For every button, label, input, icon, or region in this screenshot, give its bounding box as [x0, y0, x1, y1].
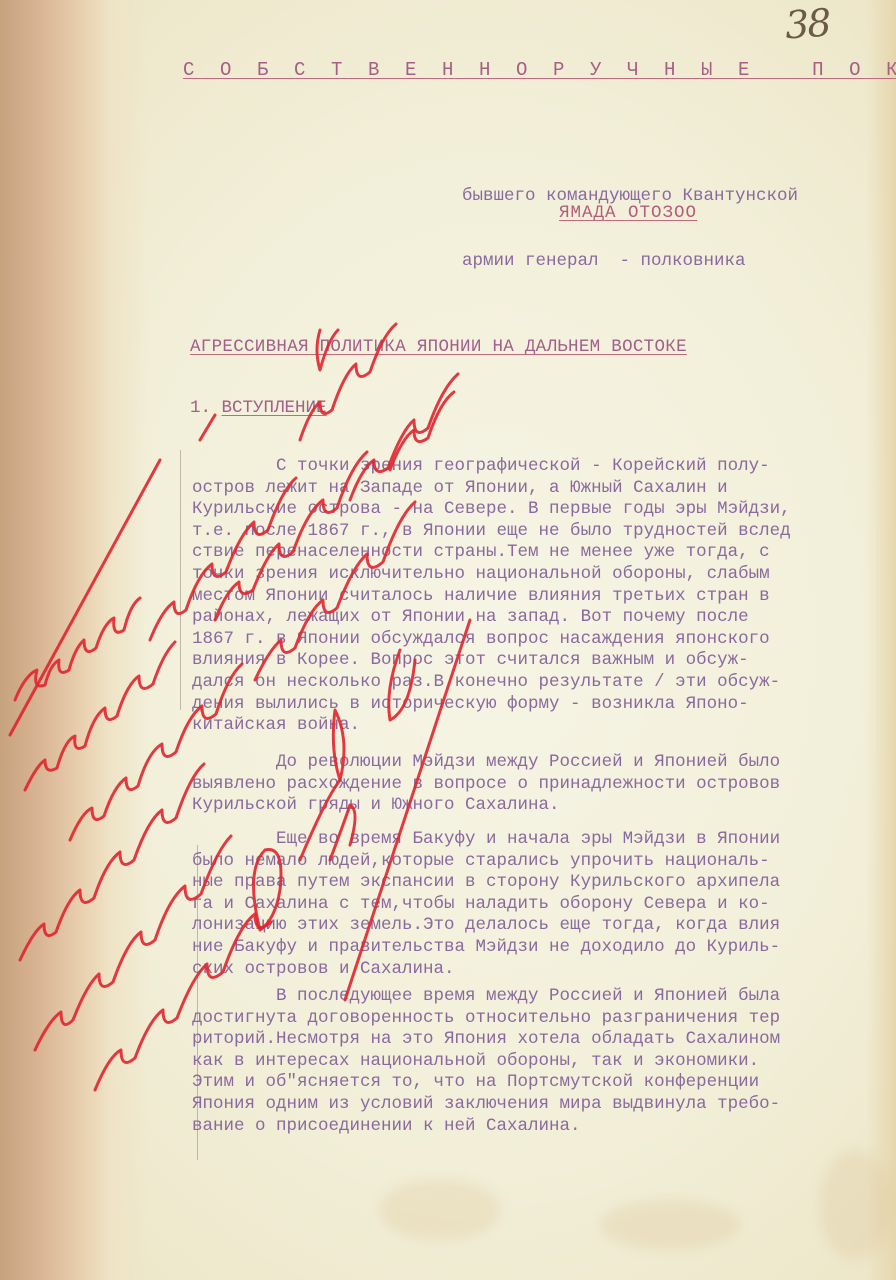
- text-line: выявлено расхождение в вопросе о принадл…: [192, 774, 780, 796]
- paper-stain: [380, 1180, 500, 1240]
- paper-edge: [866, 0, 896, 1280]
- text-line: точки зрения исключительно национальной …: [192, 564, 791, 586]
- chapter-number: 1.: [190, 398, 211, 418]
- paragraph: С точки зрения географической - Корейски…: [192, 456, 791, 737]
- text-line: китайская война.: [192, 715, 791, 737]
- author-name: ЯМАДА ОТОЗОО: [559, 203, 697, 225]
- text-line: т.е. после 1867 г., в Японии еще не было…: [192, 521, 791, 543]
- text-line: Этим и об"ясняется то, что на Портсмутск…: [192, 1072, 780, 1094]
- text-line: ние Бакуфу и правительства Мэйдзи не дох…: [192, 937, 780, 959]
- paragraph: До революции Мэйдзи между Россией и Япон…: [192, 752, 780, 817]
- text-line: дения вылились в историческую форму - во…: [192, 694, 791, 716]
- paragraph: Еще во время Бакуфу и начала эры Мэйдзи …: [192, 829, 780, 980]
- text-line: С точки зрения географической - Корейски…: [192, 456, 791, 478]
- margin-rule: [180, 450, 181, 710]
- text-line: Япония одним из условий заключения мира …: [192, 1094, 780, 1116]
- subtitle-line: армии генерал - полковника: [462, 251, 798, 273]
- text-line: районах, лежащих от Японии на запад. Вот…: [192, 607, 791, 629]
- text-line: До революции Мэйдзи между Россией и Япон…: [192, 752, 780, 774]
- text-line: ствие перенаселенности страны.Тем не мен…: [192, 542, 791, 564]
- paragraph: В последующее время между Россией и Япон…: [192, 986, 780, 1137]
- text-line: остров лежит на Западе от Японии, а Южны…: [192, 478, 791, 500]
- paper-stain: [600, 1200, 740, 1250]
- document-title: С О Б С Т В Е Н Н О Р У Ч Н Ы Е П О К А …: [183, 60, 896, 82]
- paper-stain: [820, 1150, 890, 1260]
- text-line: влияния в Корее. Вопрос этот считался ва…: [192, 650, 791, 672]
- text-line: вание о присоединении к ней Сахалина.: [192, 1116, 780, 1138]
- folio-number: 38: [784, 1, 831, 48]
- text-line: было немало людей,которые старались упро…: [192, 851, 780, 873]
- text-line: как в интересах национальной обороны, та…: [192, 1051, 780, 1073]
- text-line: Курильские острова - на Севере. В первые…: [192, 499, 791, 521]
- text-line: 1867 г. в Японии обсуждался вопрос насаж…: [192, 629, 791, 651]
- text-line: Еще во время Бакуфу и начала эры Мэйдзи …: [192, 829, 780, 851]
- section-title: АГРЕССИВНАЯ ПОЛИТИКА ЯПОНИИ НА ДАЛЬНЕМ В…: [190, 337, 687, 359]
- text-line: местом Японии считалось наличие влияния …: [192, 586, 791, 608]
- text-line: га и Сахалина с тем,чтобы наладить оборо…: [192, 894, 780, 916]
- text-line: достигнута договоренность относительно р…: [192, 1008, 780, 1030]
- text-line: ные права путем экспансии в сторону Кури…: [192, 872, 780, 894]
- text-line: ских островов и Сахалина.: [192, 959, 780, 981]
- text-line: риторий.Несмотря на это Япония хотела об…: [192, 1029, 780, 1051]
- chapter-heading: 1. ВСТУПЛЕНИЕ: [190, 398, 327, 420]
- text-line: дался он несколько раз.В конечно результ…: [192, 672, 791, 694]
- text-line: Курильской гряды и Южного Сахалина.: [192, 795, 780, 817]
- text-line: лонизацию этих земель.Это делалось еще т…: [192, 915, 780, 937]
- text-line: В последующее время между Россией и Япон…: [192, 986, 780, 1008]
- chapter-title: ВСТУПЛЕНИЕ: [222, 398, 327, 418]
